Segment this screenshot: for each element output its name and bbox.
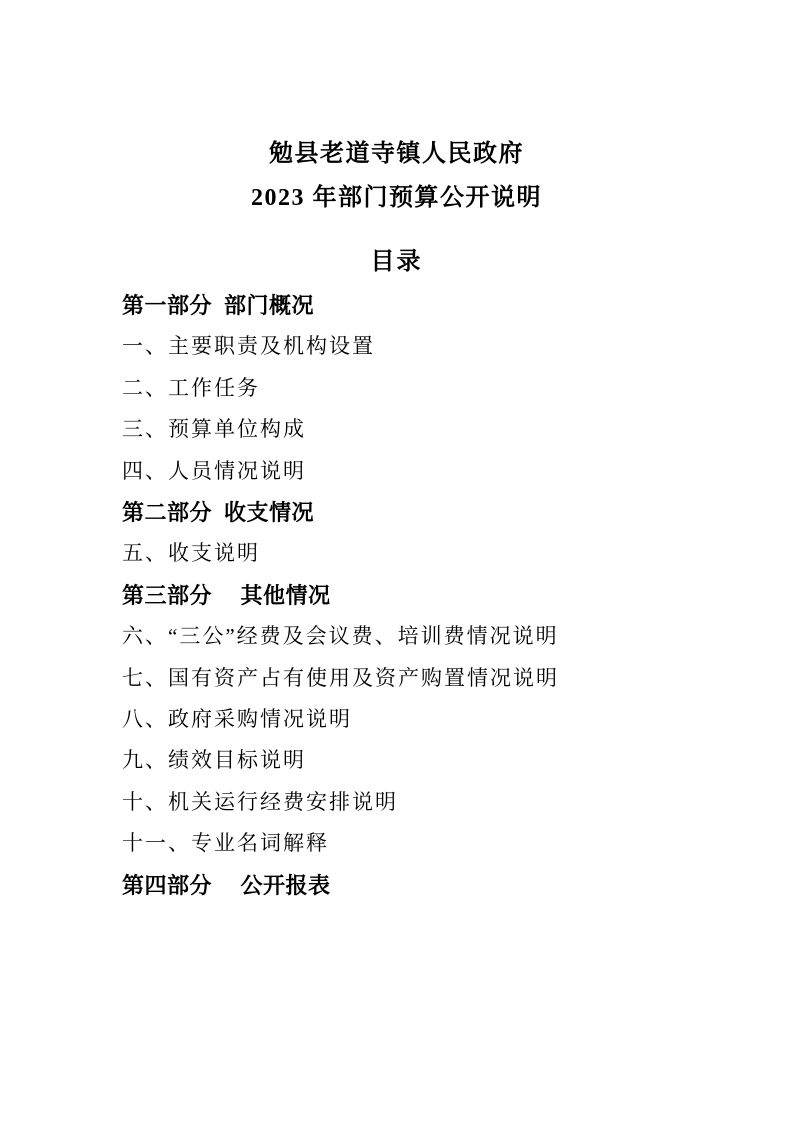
toc-section-heading: 第一部分 部门概况 [122, 285, 793, 326]
toc-section-heading: 第三部分 其他情况 [122, 575, 793, 616]
toc-item: 九、绩效目标说明 [122, 740, 793, 781]
toc-item: 三、预算单位构成 [122, 409, 793, 450]
toc-item: 二、工作任务 [122, 368, 793, 409]
toc-heading: 目录 [0, 240, 793, 284]
toc-section-heading: 第二部分 收支情况 [122, 492, 793, 533]
toc-item: 十一、专业名词解释 [122, 823, 793, 864]
toc-item: 八、政府采购情况说明 [122, 699, 793, 740]
toc-item: 六、“三公”经费及会议费、培训费情况说明 [122, 616, 793, 657]
toc-item: 一、主要职责及机构设置 [122, 326, 793, 367]
toc-item: 十、机关运行经费安排说明 [122, 782, 793, 823]
toc-list: 第一部分 部门概况一、主要职责及机构设置二、工作任务三、预算单位构成四、人员情况… [122, 285, 793, 906]
toc-item: 五、收支说明 [122, 533, 793, 574]
document-title-line1: 勉县老道寺镇人民政府 [0, 132, 793, 176]
toc-item: 七、国有资产占有使用及资产购置情况说明 [122, 658, 793, 699]
document-title-line2: 2023 年部门预算公开说明 [0, 176, 793, 220]
document-page: 勉县老道寺镇人民政府 2023 年部门预算公开说明 目录 第一部分 部门概况一、… [0, 0, 793, 1122]
toc-section-heading: 第四部分 公开报表 [122, 865, 793, 906]
toc-item: 四、人员情况说明 [122, 451, 793, 492]
